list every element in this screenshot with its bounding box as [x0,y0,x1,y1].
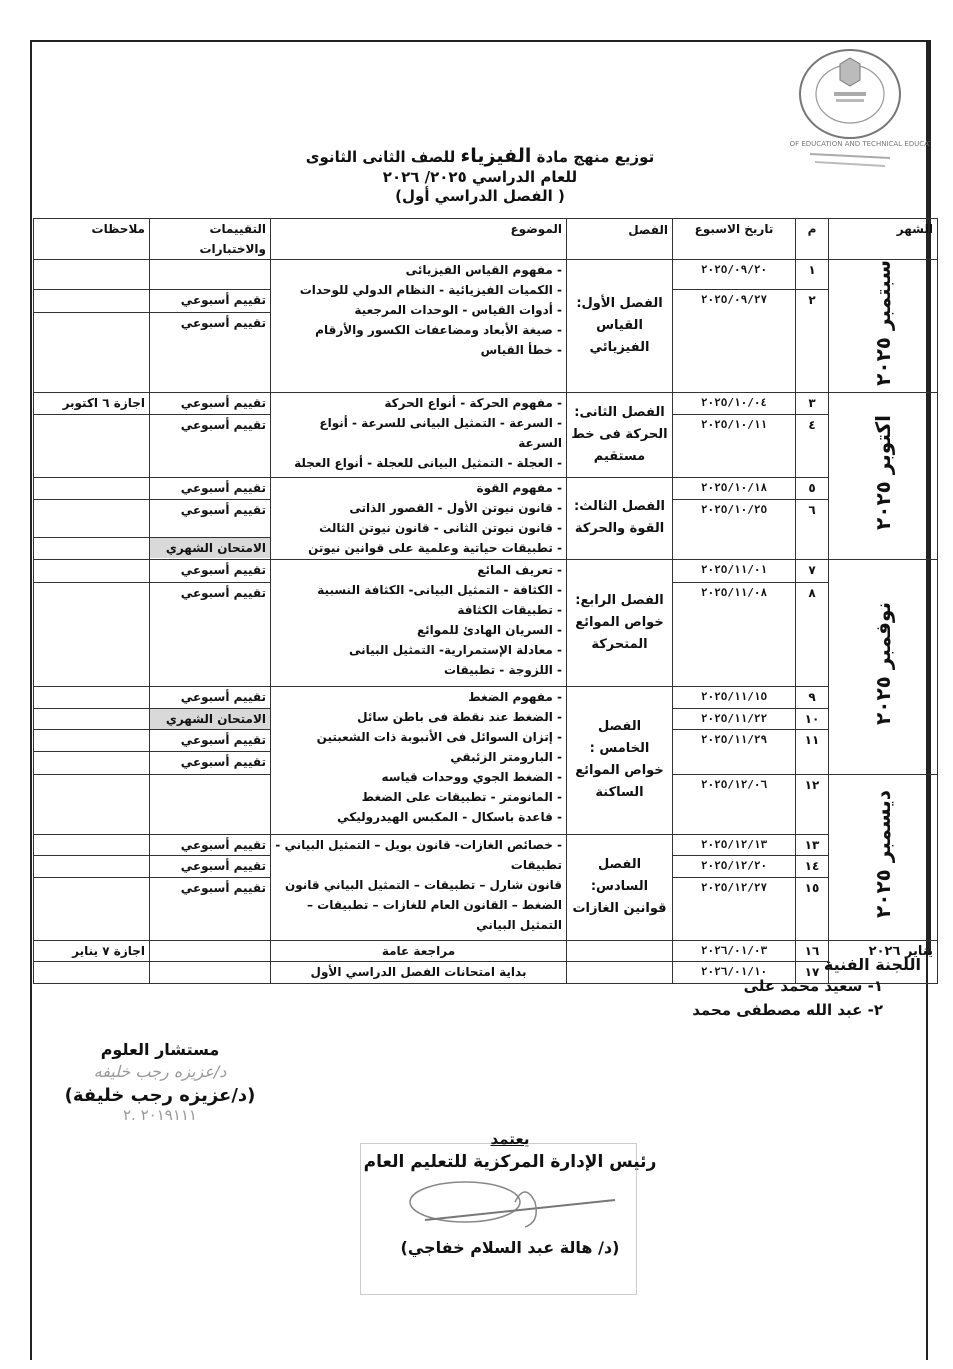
topic-item: قانون شارل – تطبيقات – التمثيل البياني ق… [275,875,562,935]
assessment-entry: تقييم أسبوعي [150,313,270,333]
row-number: ١١ [796,729,829,774]
monthly-exam-badge: الامتحان الشهري [150,708,271,729]
topic-item: - صيغة الأبعاد ومضاعفات الكسور والأرقام [275,320,562,340]
document-title: توزيع منهج مادة الفيزياء للصف الثانى الث… [280,145,680,206]
note-cell [34,961,150,983]
row-number: ٣ [796,392,829,414]
topic-cell: - مفهوم الحركة - أنواع الحركة - السرعة -… [271,392,567,477]
week-date: ٢٠٢٥/١٠/٢٥ [673,499,796,559]
assessment-cell: تقييم أسبوعي [150,477,271,499]
row-number: ١ [796,260,829,290]
row-number: ١٣ [796,834,829,855]
title-prefix: توزيع منهج مادة [531,148,654,166]
note-cell [34,499,150,559]
approval-block: يعتمد رئيس الإدارة المركزية للتعليم العا… [345,1130,675,1257]
col-month: الشهر [829,219,938,260]
topic-item: - المانومتر - تطبيقات على الضغط [275,787,562,807]
note-cell: اجازة ٦ اكتوبر [34,392,150,414]
topic-item: - قانون نيوتن الثانى - قانون نيوتن الثال… [275,518,562,538]
assessment-cell [150,961,271,983]
topic-item: - الكثافة - التمثيل البيانى- الكثافة الن… [275,580,562,600]
topic-item: - قاعدة باسكال - المكبس الهيدروليكي [275,807,562,827]
topic-item: - تطبيقات حياتية وعلمية على قوانين نيوتن [275,538,562,558]
table-row: ٩ ٢٠٢٥/١١/١٥ الفصل الخامس : خواص الموائع… [34,686,938,708]
month-label: ديسمبر ٢٠٢٥ [873,790,893,918]
topic-item: - البارومتر الزئبقي [275,747,562,767]
week-date: ٢٠٢٥/١٢/٢٧ [673,877,796,940]
table-row: اكتوبر ٢٠٢٥ ٣ ٢٠٢٥/١٠/٠٤ الفصل الثانى: ا… [34,392,938,414]
note-cell [34,877,150,940]
month-cell: اكتوبر ٢٠٢٥ [829,392,938,559]
week-date: ٢٠٢٥/١٠/٠٤ [673,392,796,414]
subject-name: الفيزياء [461,145,532,167]
month-cell: نوفمبر ٢٠٢٥ [829,559,938,774]
note-cell: اجازة ٧ يناير [34,940,150,961]
note-cell [34,582,150,686]
note-cell [34,686,150,708]
topic-item: - خطأ القياس [275,340,562,360]
committee-member: ١- سعيد محمد على [692,974,883,998]
month-cell: ديسمبر ٢٠٢٥ [829,774,938,940]
topic-item: - مفهوم القياس الفيزيائى [275,260,562,280]
topic-item: - الضغط عند نقطة فى باطن سائل [275,707,562,727]
month-label: نوفمبر ٢٠٢٥ [873,602,893,725]
topic-item: - الضغط الجوي ووحدات قياسه [275,767,562,787]
row-number: ٥ [796,477,829,499]
topic-item: - مفهوم الحركة - أنواع الحركة [275,393,562,413]
chapter-cell: الفصل الخامس : خواص الموائع الساكنة [567,686,673,834]
row-number: ١٥ [796,877,829,940]
row-number: ٧ [796,559,829,582]
note-cell [34,729,150,774]
topic-item: - مفهوم القوة [275,478,562,498]
month-cell: سبتمبر ٢٠٢٥ [829,260,938,393]
table-row: نوفمبر ٢٠٢٥ ٧ ٢٠٢٥/١١/٠١ الفصل الرابع: خ… [34,559,938,582]
note-entry [34,500,149,538]
assessment-cell: تقييم أسبوعي [150,559,271,582]
approval-label: يعتمد [345,1130,675,1148]
note-cell [34,289,150,392]
topic-item: - مفهوم الضغط [275,687,562,707]
chapter-cell: الفصل الأول: القياس الفيزيائي [567,260,673,393]
committee-member: ٢- عبد الله مصطفى محمد [692,998,883,1022]
col-topic: الموضوع [271,219,567,260]
assessment-cell: تقييم أسبوعي [150,686,271,708]
topic-cell: - مفهوم القوة - قانون نيوتن الأول - القص… [271,477,567,559]
week-date: ٢٠٢٥/١١/٠١ [673,559,796,582]
row-number: ١٢ [796,774,829,834]
week-date: ٢٠٢٥/١٢/١٣ [673,834,796,855]
topic-cell: بداية امتحانات الفصل الدراسي الأول [271,961,567,983]
note-cell [34,414,150,477]
note-cell [34,834,150,855]
academic-year: للعام الدراسي ٢٠٢٥/ ٢٠٢٦ [280,168,680,187]
note-entry [34,290,149,313]
assessment-cell: تقييم أسبوعي [150,877,271,940]
svg-text:MINISTRY OF EDUCATION AND TECH: MINISTRY OF EDUCATION AND TECHNICAL EDUC… [790,140,930,148]
assessment-cell: تقييم أسبوعي [150,855,271,877]
assessment-entry: تقييم أسبوعي [150,752,270,772]
topic-cell: - مفهوم الضغط - الضغط عند نقطة فى باطن س… [271,686,567,834]
assessment-entry: تقييم أسبوعي [150,730,270,752]
committee-heading: اللجنة الفنية [692,955,921,974]
col-assessments: التقييمات والاختبارات [150,219,271,260]
topic-item: - معادلة الإستمرارية- التمثيل البيانى [275,640,562,660]
row-number: ٦ [796,499,829,559]
week-date: ٢٠٢٥/١١/٢٢ [673,708,796,729]
topic-item: - تعريف المائع [275,560,562,580]
table-header-row: الشهر م تاريخ الاسبوع الفصل الموضوع التق… [34,219,938,260]
signature-area [345,1172,675,1238]
assessment-cell [150,940,271,961]
chapter-cell: الفصل الرابع: خواص الموائع المتحركة [567,559,673,686]
topic-cell: - خصائص الغازات- قانون بويل – التمثيل ال… [271,834,567,940]
topic-item: - خصائص الغازات- قانون بويل – التمثيل ال… [275,835,562,875]
assessment-cell [150,260,271,290]
assessment-cell: تقييم أسبوعي تقييم أسبوعي [150,289,271,392]
week-date: ٢٠٢٥/١٠/١١ [673,414,796,477]
assessment-cell: تقييم أسبوعي [150,414,271,477]
title-line: توزيع منهج مادة الفيزياء للصف الثانى الث… [280,145,680,168]
curriculum-table: الشهر م تاريخ الاسبوع الفصل الموضوع التق… [33,218,938,984]
row-number: ٢ [796,289,829,392]
assessment-cell: تقييم أسبوعي [150,834,271,855]
topic-item: - السريان الهادئ للموائع [275,620,562,640]
week-date: ٢٠٢٥/١٢/٢٠ [673,855,796,877]
monthly-exam-badge: الامتحان الشهري [150,538,270,558]
week-date: ٢٠٢٥/٠٩/٢٧ [673,289,796,392]
note-cell [34,477,150,499]
ministry-seal-icon: MINISTRY OF EDUCATION AND TECHNICAL EDUC… [790,46,930,171]
assessment-cell [150,774,271,834]
week-date: ٢٠٢٥/١٢/٠٦ [673,774,796,834]
col-week-date: تاريخ الاسبوع [673,219,796,260]
advisor-role: مستشار العلوم [55,1040,265,1059]
table-row: سبتمبر ٢٠٢٥ ١ ٢٠٢٥/٠٩/٢٠ الفصل الأول: ال… [34,260,938,290]
month-label: سبتمبر ٢٠٢٥ [873,260,893,386]
week-date: ٢٠٢٥/١١/٢٩ [673,729,796,774]
note-cell [34,260,150,290]
row-number: ٩ [796,686,829,708]
topic-item: - إتزان السوائل فى الأنبوبة ذات الشعبتين [275,727,562,747]
note-cell [34,708,150,729]
topic-item: - أدوات القياس - الوحدات المرجعية [275,300,562,320]
assessment-cell: تقييم أسبوعي الامتحان الشهري [150,499,271,559]
topic-item: - السرعة - التمثيل البيانى للسرعة - أنوا… [275,413,562,453]
science-advisor-signature-block: مستشار العلوم د/عزيزه رجب خليفه (د/عزيزه… [55,1040,265,1124]
topic-item: - العجلة - التمثيل البيانى للعجلة - أنوا… [275,453,562,473]
assessment-entry: تقييم أسبوعي [150,500,270,538]
term-label: ( الفصل الدراسي أول) [280,187,680,206]
assessment-cell: تقييم أسبوعي [150,392,271,414]
row-number: ١٤ [796,855,829,877]
advisor-name: (د/عزيزه رجب خليفة) [55,1085,265,1106]
week-date: ٢٠٢٥/١١/٠٨ [673,582,796,686]
note-entry [34,730,149,752]
topic-item: - قانون نيوتن الأول - القصور الذاتى [275,498,562,518]
topic-item: - تطبيقات الكثافة [275,600,562,620]
topic-item: - الكميات الفيزيائية - النظام الدولي للو… [275,280,562,300]
note-cell [34,774,150,834]
col-chapter: الفصل [567,219,673,260]
assessment-cell: تقييم أسبوعي تقييم أسبوعي [150,729,271,774]
approver-role: رئيس الإدارة المركزية للتعليم العام [345,1152,675,1172]
month-label: اكتوبر ٢٠٢٥ [873,415,893,530]
week-date: ٢٠٢٥/٠٩/٢٠ [673,260,796,290]
week-date: ٢٠٢٥/١٠/١٨ [673,477,796,499]
table-row: ١٣ ٢٠٢٥/١٢/١٣ الفصل السادس: قوانين الغاز… [34,834,938,855]
row-number: ٨ [796,582,829,686]
assessment-entry: تقييم أسبوعي [150,290,270,313]
ministry-logo: MINISTRY OF EDUCATION AND TECHNICAL EDUC… [790,46,930,171]
handwritten-code: ٢٠١٩١١١ .٢ [55,1106,265,1124]
note-cell [34,855,150,877]
chapter-cell: الفصل السادس: قوانين الغازات [567,834,673,940]
chapter-cell: الفصل الثالث: القوة والحركة [567,477,673,559]
approver-name: (د/ هالة عبد السلام خفاجي) [345,1238,675,1257]
chapter-cell [567,940,673,961]
topic-cell: - تعريف المائع - الكثافة - التمثيل البيا… [271,559,567,686]
row-number: ٤ [796,414,829,477]
row-number: ١٠ [796,708,829,729]
chapter-cell [567,961,673,983]
signature-scribble-icon [345,1172,675,1238]
topic-item: - اللزوجة - تطبيقات [275,660,562,680]
handwritten-signature: د/عزيزه رجب خليفه [55,1059,265,1085]
chapter-cell: الفصل الثانى: الحركة فى خط مستقيم [567,392,673,477]
table-row: ٥ ٢٠٢٥/١٠/١٨ الفصل الثالث: القوة والحركة… [34,477,938,499]
topic-cell: - مفهوم القياس الفيزيائى - الكميات الفيز… [271,260,567,393]
col-notes: ملاحظات [34,219,150,260]
note-cell [34,559,150,582]
col-number: م [796,219,829,260]
week-date: ٢٠٢٥/١١/١٥ [673,686,796,708]
topic-cell: مراجعة عامة [271,940,567,961]
assessment-cell: تقييم أسبوعي [150,582,271,686]
technical-committee: اللجنة الفنية ١- سعيد محمد على ٢- عبد ال… [692,955,923,1022]
title-suffix: للصف الثانى الثانوى [306,148,461,166]
